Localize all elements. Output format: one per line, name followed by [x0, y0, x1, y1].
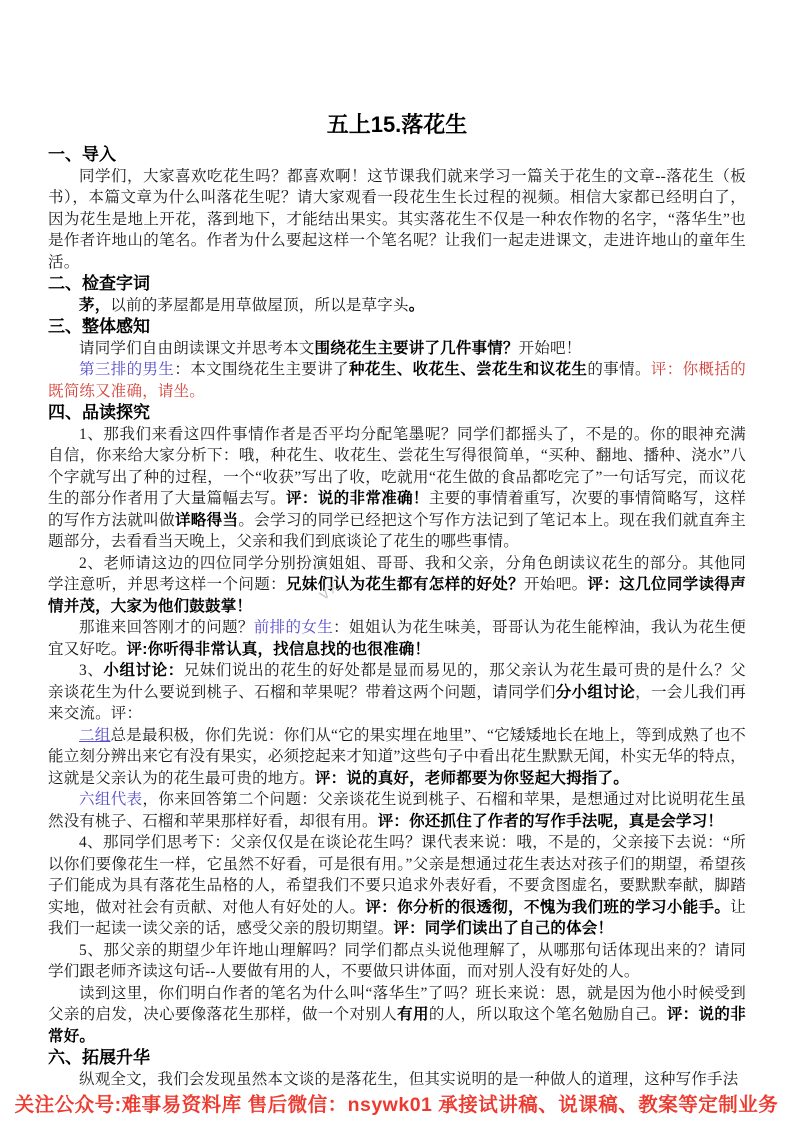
text-run: 评:你听得非常认真，找信息找的也很准确！: [127, 641, 431, 658]
paragraph: 2、老师请这边的四位同学分别扮演姐姐、哥哥、我和父亲，分角色朗读议花生的部分。其…: [48, 553, 746, 618]
paragraph: 第三排的男生：本文围绕花生主要讲了种花生、收花生、尝花生和议花生的事情。评：你概…: [48, 359, 746, 402]
text-run: ：本文围绕花生主要讲了: [174, 361, 349, 378]
paragraph: 3、小组讨论：兄妹们说出的花生的好处都是显而易见的，那父亲认为花生最可贵的是什么…: [48, 660, 746, 725]
text-run: 评：你分析的很透彻，不愧为我们班的学习小能手。: [365, 899, 730, 916]
text-run: 评：说的非常准确！: [286, 490, 429, 507]
text-run: 的人，所以取这个笔名勉励自己。: [429, 1006, 667, 1023]
text-run: 详略得当: [175, 512, 238, 529]
text-run: 评：你还抓住了作者的写作手法呢，真是会学习！: [378, 813, 723, 830]
paragraph: 5、那父亲的期望少年许地山理解吗？同学们都点头说他理解了，从哪那句话体现出来的？…: [48, 940, 746, 983]
document-body: 一、导入同学们，大家喜欢吃花生吗？都喜欢啊！这节课我们就来学习一篇关于花生的文章…: [48, 144, 746, 1090]
paragraph: 读到这里，你们明白作者的笔名为什么叫“落华生”了吗？班长来说：恩，就是因为他小时…: [48, 983, 746, 1048]
text-run: 请同学们自由朗读课文并思考本文: [79, 340, 315, 357]
paragraph: 同学们，大家喜欢吃花生吗？都喜欢啊！这节课我们就来学习一篇关于花生的文章--落花…: [48, 166, 746, 274]
text-run: 种花生、收花生、尝花生和议花生: [349, 361, 587, 378]
paragraph: 二组总是最积极，你们先说：你们从“它的果实埋在地里”、“它矮矮地长在地上，等到成…: [48, 725, 746, 790]
section-heading: 三、整体感知: [48, 316, 746, 338]
text-run: 。: [409, 297, 425, 314]
section-heading: 一、导入: [48, 144, 746, 166]
section-heading: 二、检查字词: [48, 273, 746, 295]
text-run: 纵观全文，我们会发现虽然本文谈的是落花生，但其实说明的是一种做人的道理，这种写作…: [79, 1071, 738, 1088]
section-heading: 六、拓展升华: [48, 1047, 746, 1069]
text-run: 5、那父亲的期望少年许地山理解吗？同学们都点头说他理解了，从哪那句话体现出来的？…: [48, 942, 746, 981]
text-run: 评：同学们读出了自己的体会！: [393, 920, 613, 937]
text-run: 那谁来回答刚才的问题？: [79, 619, 254, 636]
paragraph: 茅，以前的茅屋都是用草做屋顶，所以是草字头。: [48, 295, 746, 317]
text-run: 二组: [79, 727, 111, 744]
text-run: 的事情。: [587, 361, 651, 378]
text-run: 有用: [397, 1006, 429, 1023]
text-run: 分小组讨论: [556, 684, 635, 701]
page: 五上15.落花生 一、导入同学们，大家喜欢吃花生吗？都喜欢啊！这节课我们就来学习…: [0, 0, 793, 1122]
footer-banner: 关注公众号:难事易资料库 售后微信：nsywk01 承接试讲稿、说课稿、教案等定…: [0, 1089, 793, 1117]
paragraph: 纵观全文，我们会发现虽然本文谈的是落花生，但其实说明的是一种做人的道理，这种写作…: [48, 1069, 746, 1091]
section-heading: 四、品读探究: [48, 402, 746, 424]
document-content: 五上15.落花生 一、导入同学们，大家喜欢吃花生吗？都喜欢啊！这节课我们就来学习…: [48, 110, 746, 1090]
text-run: 以前的茅屋都是用草做屋顶，所以是草字头: [110, 297, 408, 314]
text-run: 第三排的男生: [79, 361, 174, 378]
text-run: 评：说的真好，老师都要为你竖起大拇指了。: [315, 770, 629, 787]
text-run: 茅，: [79, 297, 110, 314]
text-run: 围绕花生主要讲了几件事情？: [315, 340, 519, 357]
footer-text: 关注公众号:难事易资料库 售后微信：nsywk01 承接试讲稿、说课稿、教案等定…: [15, 1094, 779, 1116]
text-run: 小组讨论：: [103, 662, 183, 679]
text-run: 开始吧！: [519, 340, 582, 357]
text-run: 兄妹们认为花生都有怎样的好处？: [286, 576, 524, 593]
paragraph: 请同学们自由朗读课文并思考本文围绕花生主要讲了几件事情？开始吧！: [48, 338, 746, 360]
paragraph: 六组代表，你来回答第二个问题：父亲谈花生说到桃子、石榴和苹果，是想通过对比说明花…: [48, 789, 746, 832]
paragraph: 1、那我们来看这四件事情作者是否平均分配笔墨呢？同学们都摇头了，不是的。你的眼神…: [48, 424, 746, 553]
text-run: 前排的女生: [254, 619, 333, 636]
text-run: 六组代表: [79, 791, 143, 808]
document-title: 五上15.落花生: [48, 110, 746, 140]
text-run: 3、: [79, 662, 103, 679]
paragraph: 4、那同学们思考下：父亲仅仅是在谈论花生吗？课代表来说：哦，不是的，父亲接下去说…: [48, 832, 746, 940]
text-run: 同学们，大家喜欢吃花生吗？都喜欢啊！这节课我们就来学习一篇关于花生的文章--落花…: [48, 168, 746, 271]
paragraph: 那谁来回答刚才的问题？前排的女生：姐姐认为花生味美，哥哥认为花生能榨油，我认为花…: [48, 617, 746, 660]
text-run: 开始吧。: [524, 576, 587, 593]
